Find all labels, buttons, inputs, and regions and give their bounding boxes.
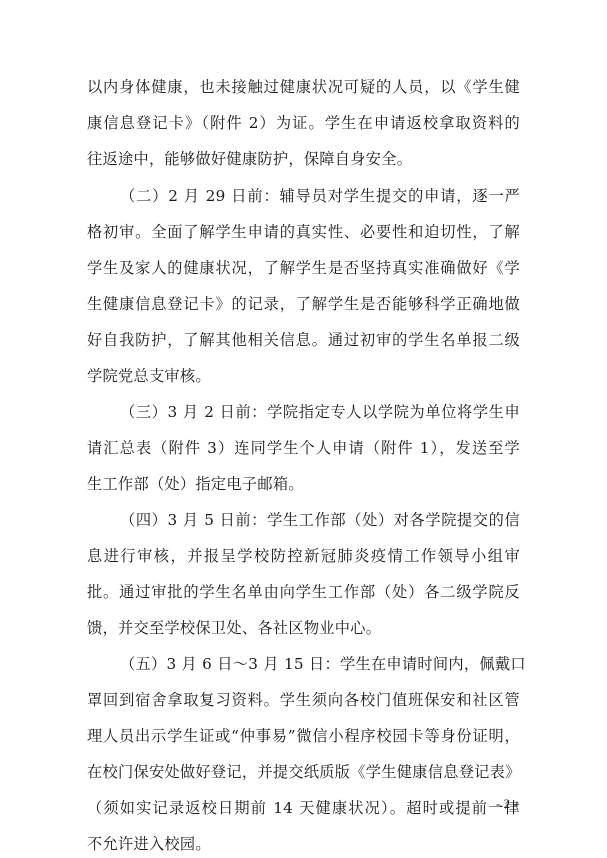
page-number: - 2 -: [496, 796, 518, 812]
text-line: （二）2 月 29 日前：辅导员对学生提交的申请，逐一严: [120, 184, 520, 208]
text-line: 请汇总表（附件 3）连同学生个人申请（附件 1），发送至学: [87, 436, 520, 460]
text-line: 息进行审核，并报呈学校防控新冠肺炎疫情工作领导小组审: [87, 544, 520, 568]
text-line: （三）3 月 2 日前：学院指定专人以学院为单位将学生申: [120, 400, 520, 424]
text-line: 康信息登记卡》（附件 2）为证。学生在申请返校拿取资料的: [87, 111, 520, 135]
text-line: 理人员出示学生证或“仲事易”微信小程序校园卡等身份证明，: [87, 724, 520, 748]
text-line: 罩回到宿舍拿取复习资料。学生须向各校门值班保安和社区管: [87, 688, 520, 712]
text-line: 批。通过审批的学生名单由向学生工作部（处）各二级学院反: [87, 580, 520, 604]
text-line: 在校门保安处做好登记，并提交纸质版《学生健康信息登记表》: [87, 760, 520, 784]
text-line: 以内身体健康，也未接触过健康状况可疑的人员，以《学生健: [87, 75, 520, 99]
text-line: （五）3 月 6 日～3 月 15 日：学生在申请时间内，佩戴口: [120, 652, 520, 676]
document-page: 以内身体健康，也未接触过健康状况可疑的人员，以《学生健 康信息登记卡》（附件 2…: [0, 0, 607, 858]
text-line: 学院党总支审核。: [87, 364, 520, 388]
text-line: 不允许进入校园。: [87, 832, 520, 856]
text-line: 格初审。全面了解学生申请的真实性、必要性和迫切性，了解: [87, 220, 520, 244]
text-line: 馈，并交至学校保卫处、各社区物业中心。: [87, 616, 520, 640]
text-line: （须如实记录返校日期前 14 天健康状况）。超时或提前一律: [87, 796, 520, 820]
text-line: 往返途中，能够做好健康防护，保障自身安全。: [87, 147, 520, 171]
text-line: 生工作部（处）指定电子邮箱。: [87, 472, 520, 496]
text-line: 好自我防护，了解其他相关信息。通过初审的学生名单报二级: [87, 328, 520, 352]
text-line: 生健康信息登记卡》的记录，了解学生是否能够科学正确地做: [87, 292, 520, 316]
text-line: 学生及家人的健康状况，了解学生是否坚持真实准确做好《学: [87, 256, 520, 280]
text-line: （四）3 月 5 日前：学生工作部（处）对各学院提交的信: [120, 508, 520, 532]
